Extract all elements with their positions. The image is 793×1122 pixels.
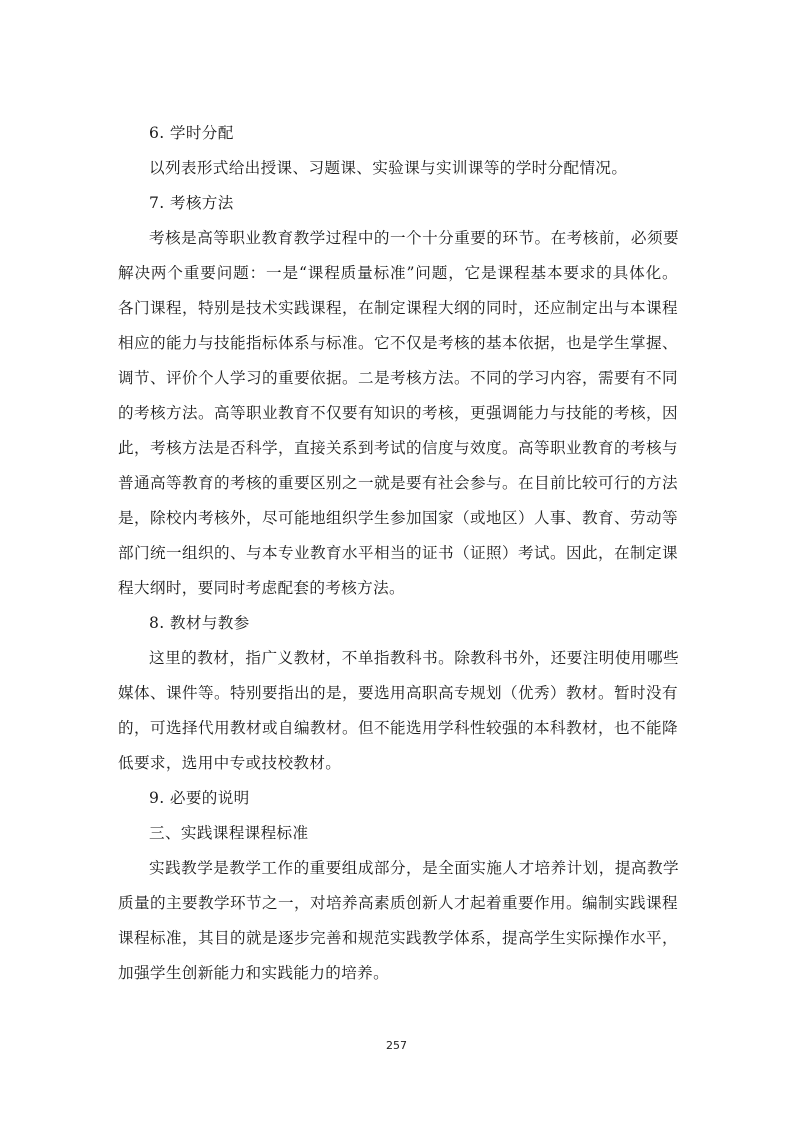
paragraph-line: 考核是高等职业教育教学过程中的一个十分重要的环节。在考核前，必须要	[149, 228, 679, 248]
paragraph-line: 这里的教材，指广义教材，不单指教科书。除教科书外，还要注明使用哪些	[149, 648, 679, 668]
paragraph-line: 低要求，选用中专或技校教材。	[118, 753, 678, 773]
heading-9-notes: 9. 必要的说明	[149, 788, 679, 808]
paragraph-line: 媒体、课件等。特别要指出的是，要选用高职高专规划（优秀）教材。暂时没有	[118, 683, 678, 703]
page-number: 257	[0, 1039, 793, 1052]
paragraph-line: 相应的能力与技能指标体系与标准。它不仅是考核的基本依据，也是学生掌握、	[118, 333, 678, 353]
paragraph-line: 解决两个重要问题：一是“课程质量标准”问题，它是课程基本要求的具体化。	[118, 263, 678, 283]
paragraph-line: 程大纲时，要同时考虑配套的考核方法。	[118, 578, 678, 598]
paragraph-line: 的考核方法。高等职业教育不仅要有知识的考核，更强调能力与技能的考核，因	[118, 403, 678, 423]
paragraph-line: 课程标准，其目的就是逐步完善和规范实践教学体系，提高学生实际操作水平，	[118, 928, 678, 948]
heading-8-textbooks: 8. 教材与教参	[149, 613, 679, 633]
heading-7-assessment: 7. 考核方法	[149, 193, 679, 213]
paragraph-line: 调节、评价个人学习的重要依据。二是考核方法。不同的学习内容，需要有不同	[118, 368, 678, 388]
paragraph-line: 质量的主要教学环节之一，对培养高素质创新人才起着重要作用。编制实践课程	[118, 893, 678, 913]
paragraph-line: 此，考核方法是否科学，直接关系到考试的信度与效度。高等职业教育的考核与	[118, 438, 678, 458]
paragraph-line: 是，除校内考核外，尽可能地组织学生参加国家（或地区）人事、教育、劳动等	[118, 508, 678, 528]
paragraph-line: 加强学生创新能力和实践能力的培养。	[118, 963, 678, 983]
heading-6-class-hours: 6. 学时分配	[149, 123, 679, 143]
paragraph-line: 部门统一组织的、与本专业教育水平相当的证书（证照）考试。因此，在制定课	[118, 543, 678, 563]
heading-section-3-practice-standards: 三、实践课程课程标准	[149, 823, 679, 843]
paragraph-line: 实践教学是教学工作的重要组成部分，是全面实施人才培养计划，提高教学	[149, 858, 679, 878]
paragraph-line: 普通高等教育的考核的重要区别之一就是要有社会参与。在目前比较可行的方法	[118, 473, 678, 493]
paragraph-line: 各门课程，特别是技术实践课程，在制定课程大纲的同时，还应制定出与本课程	[118, 298, 678, 318]
paragraph-line: 以列表形式给出授课、习题课、实验课与实训课等的学时分配情况。	[149, 158, 679, 178]
paragraph-line: 的，可选择代用教材或自编教材。但不能选用学科性较强的本科教材，也不能降	[118, 718, 678, 738]
